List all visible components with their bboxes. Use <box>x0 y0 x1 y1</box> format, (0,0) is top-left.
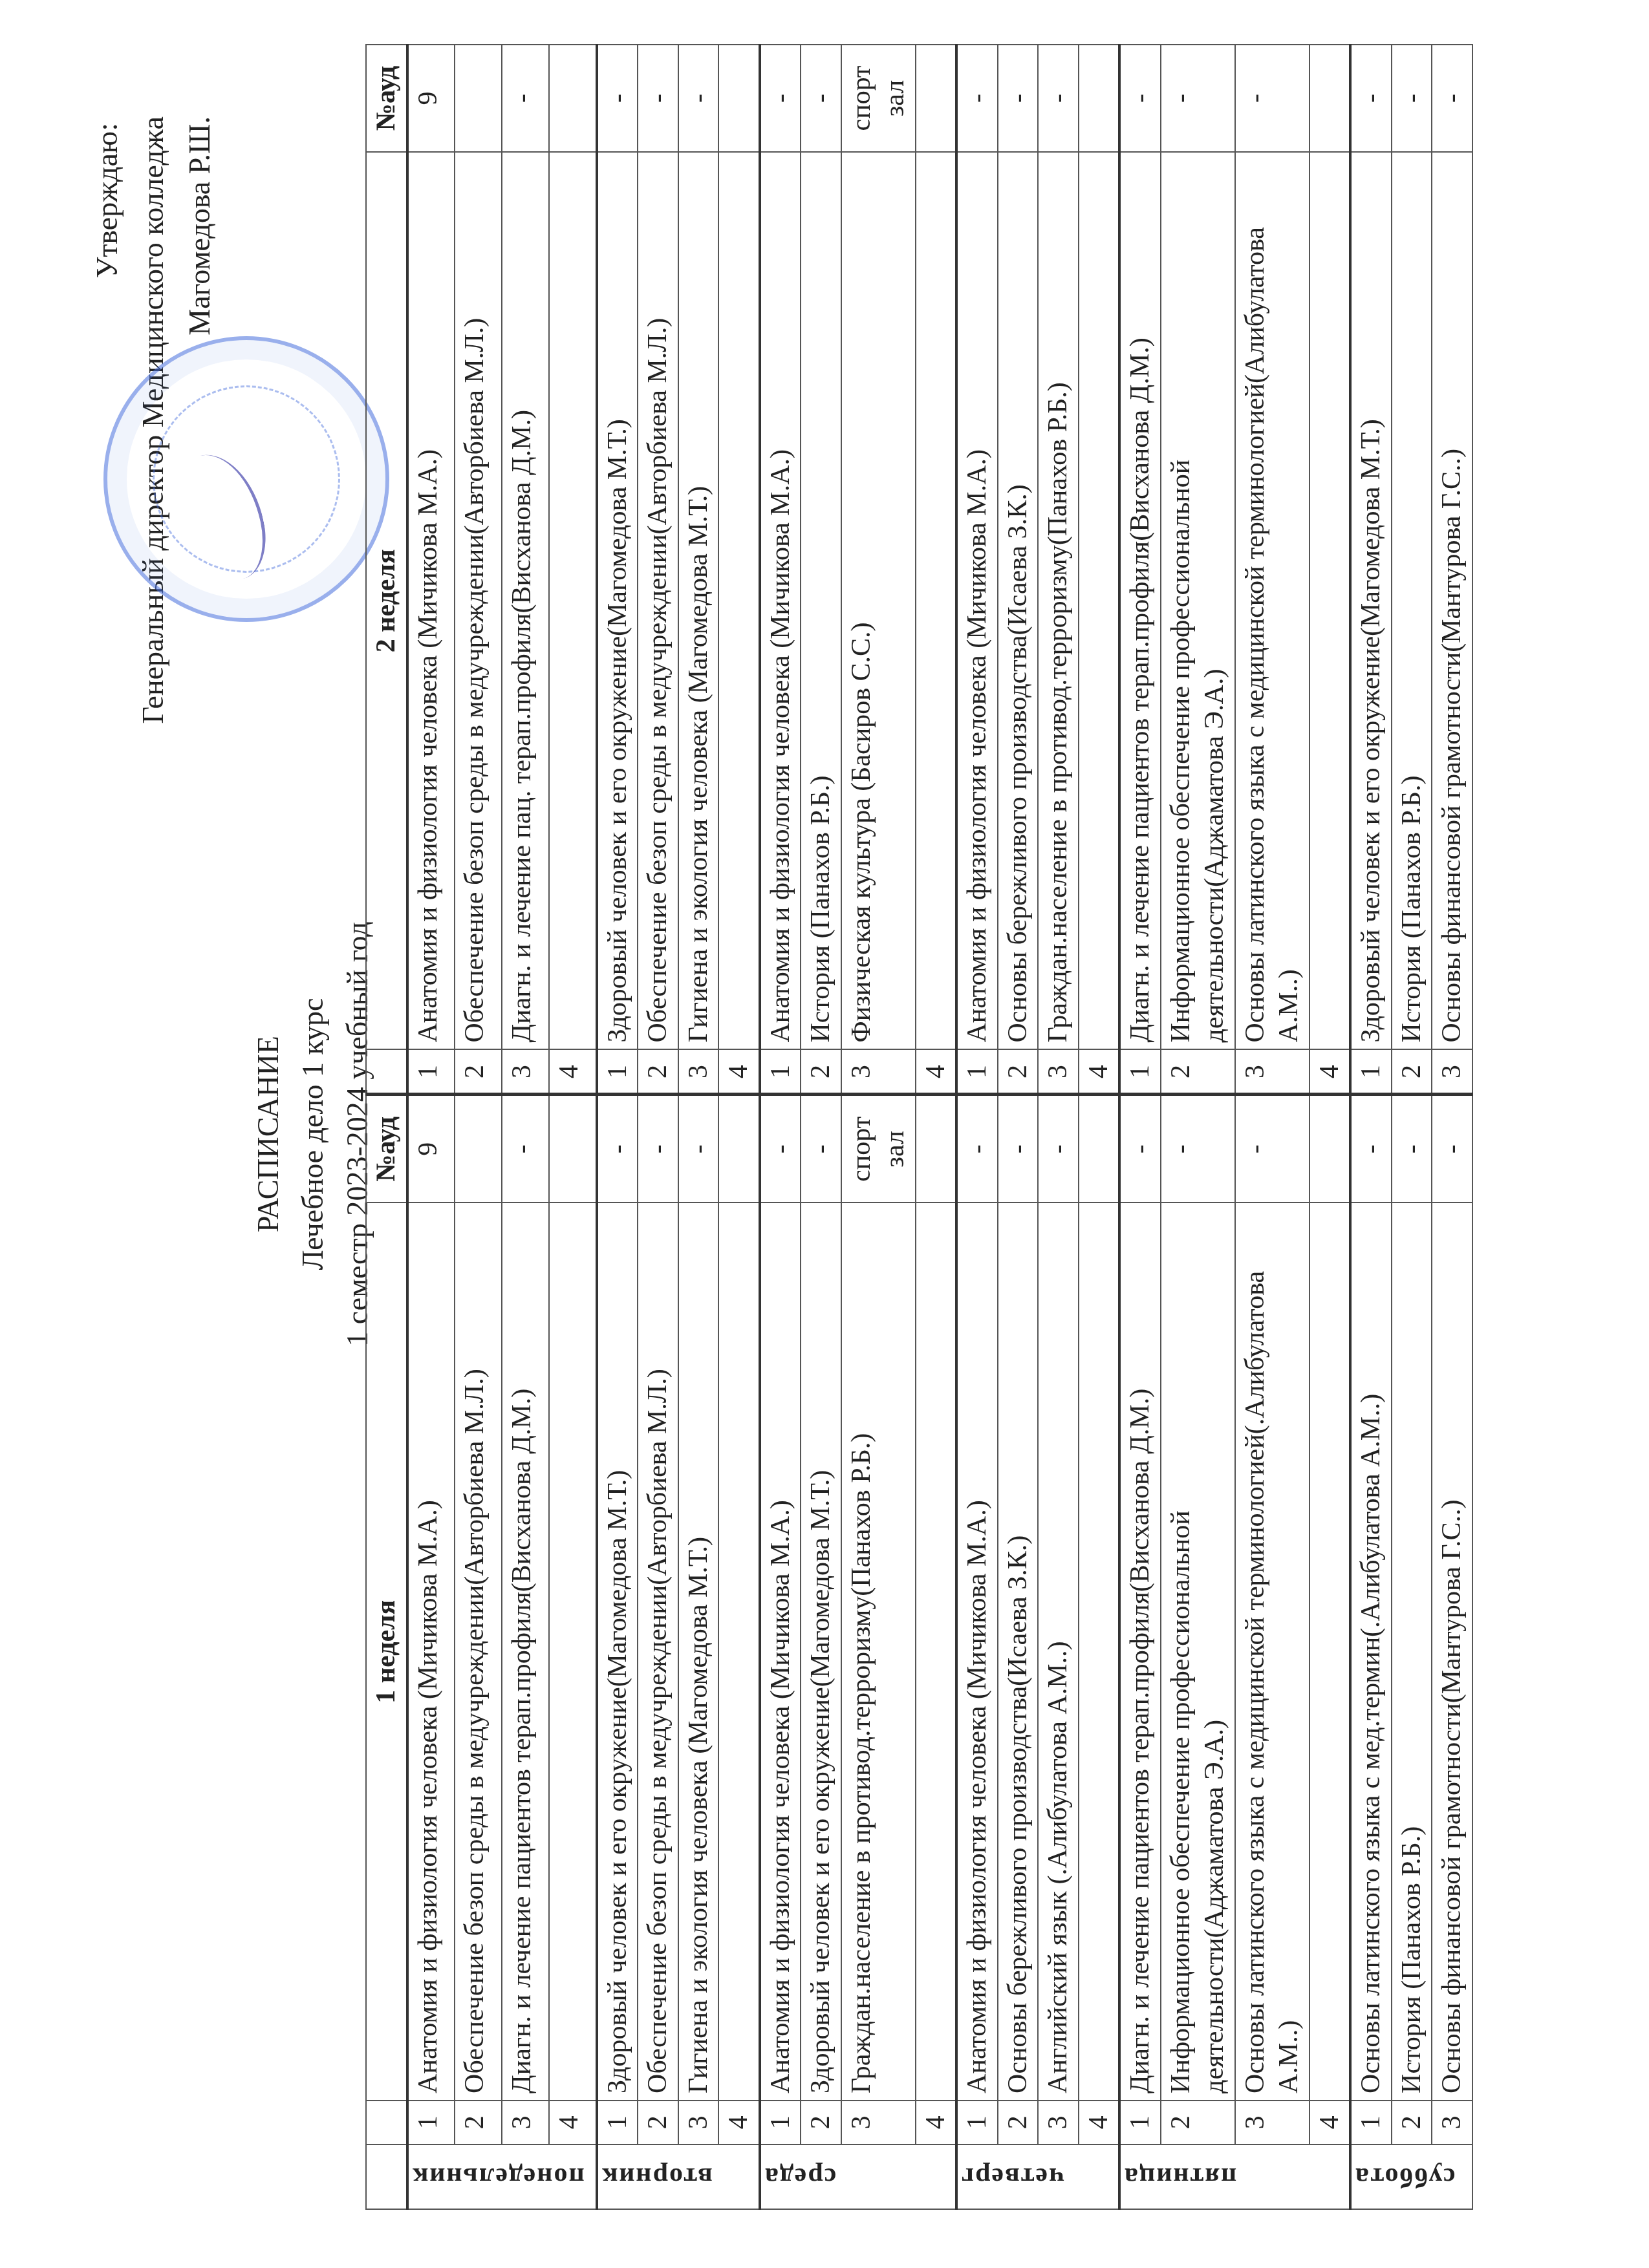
schedule-table: 1 неделя №ауд 2 неделя №ауд понедельник1… <box>365 44 1473 2210</box>
table-row: 2Здоровый человек и его окружение(Магоме… <box>801 45 841 2209</box>
table-row: 44 <box>1309 45 1351 2209</box>
lesson-number-week2: 3 <box>1235 1050 1309 1095</box>
week1-subject: Гигиена и экология человека (Магомедова … <box>678 1203 719 2101</box>
lesson-number: 1 <box>760 2101 801 2145</box>
week1-subject: Английский язык (.Алибулатова А.М..) <box>1038 1203 1079 2101</box>
document-title: РАСПИСАНИЕ <box>246 0 290 2268</box>
title-block: РАСПИСАНИЕ Лечебное дело 1 курс 1 семест… <box>246 0 380 2268</box>
table-row: 2История (Панахов Р.Б.)-2История (Панахо… <box>1392 45 1432 2209</box>
lesson-number-week2: 2 <box>638 1050 678 1095</box>
week1-room <box>549 1095 597 1203</box>
week2-subject: Основы бережливого производства(Исаева З… <box>998 152 1039 1050</box>
lesson-number: 1 <box>407 2101 455 2145</box>
table-row: четверг1Анатомия и физиология человека (… <box>956 45 998 2209</box>
week2-room <box>1309 45 1351 152</box>
week1-room: - <box>760 1095 801 1203</box>
lesson-number: 4 <box>1309 2101 1351 2145</box>
week1-subject: Здоровый человек и его окружение(Магомед… <box>597 1203 638 2101</box>
header-room1: №ауд <box>366 1095 407 1203</box>
week2-room <box>455 45 502 152</box>
table-row: 2Информационное обеспечение профессионал… <box>1161 45 1235 2209</box>
header-week1: 1 неделя <box>366 1203 407 2101</box>
week2-subject <box>718 152 760 1050</box>
week1-subject: Обеспечение безоп среды в медучреждении(… <box>638 1203 678 2101</box>
day-label: вторник <box>597 2145 760 2209</box>
week1-room: - <box>1350 1095 1392 1203</box>
lesson-number: 3 <box>1235 2101 1309 2145</box>
week2-subject: Основы финансовой грамотности(Мантурова … <box>1432 152 1472 1050</box>
lesson-number-week2: 3 <box>678 1050 719 1095</box>
week2-room: - <box>998 45 1039 152</box>
lesson-number: 4 <box>549 2101 597 2145</box>
week1-room: - <box>801 1095 841 1203</box>
lesson-number: 2 <box>801 2101 841 2145</box>
week2-subject <box>916 152 957 1050</box>
day-name: суббота <box>1354 2160 1456 2194</box>
week1-room <box>916 1095 957 1203</box>
lesson-number-week2: 1 <box>956 1050 998 1095</box>
week2-room: спорт зал <box>841 45 916 152</box>
lesson-number: 1 <box>1350 2101 1392 2145</box>
week1-room: - <box>597 1095 638 1203</box>
week2-room: - <box>801 45 841 152</box>
week1-subject: Анатомия и физиология человека (Мичикова… <box>760 1203 801 2101</box>
week2-subject: История (Панахов Р.Б.) <box>801 152 841 1050</box>
lesson-number-week2: 2 <box>455 1050 502 1095</box>
week2-subject: Диагн. и лечение пациентов терап.профиля… <box>1119 152 1161 1050</box>
lesson-number-week2: 3 <box>841 1050 916 1095</box>
week2-room: - <box>956 45 998 152</box>
schedule-sheet: Утверждаю: Генеральный директор Медицинс… <box>0 0 1649 2268</box>
day-name: вторник <box>601 2160 713 2194</box>
week2-subject: Здоровый человек и его окружение(Магомед… <box>1350 152 1392 1050</box>
day-label: суббота <box>1350 2145 1472 2209</box>
week1-room <box>455 1095 502 1203</box>
lesson-number-week2: 3 <box>1038 1050 1079 1095</box>
lesson-number: 2 <box>455 2101 502 2145</box>
lesson-number: 4 <box>916 2101 957 2145</box>
header-room2: №ауд <box>366 45 407 152</box>
day-label: четверг <box>956 2145 1119 2209</box>
week1-subject: Основы латинского языка с мед.термин(.Ал… <box>1350 1203 1392 2101</box>
week2-subject: Обеспечение безоп среды в медучреждении(… <box>638 152 678 1050</box>
week2-subject: Информационное обеспечение профессиональ… <box>1161 152 1235 1050</box>
table-row: среда1Анатомия и физиология человека (Ми… <box>760 45 801 2209</box>
week1-room: - <box>1038 1095 1079 1203</box>
lesson-number-week2: 4 <box>916 1050 957 1095</box>
week2-subject: Граждан.население в противод.терроризму(… <box>1038 152 1079 1050</box>
week1-subject: Обеспечение безоп среды в медучреждении(… <box>455 1203 502 2101</box>
table-row: 44 <box>718 45 760 2209</box>
week1-subject: Диагн. и лечение пациентов терап.профиля… <box>502 1203 549 2101</box>
week1-room: - <box>998 1095 1039 1203</box>
week2-room: - <box>1432 45 1472 152</box>
lesson-number-week2: 4 <box>549 1050 597 1095</box>
table-row: вторник1Здоровый человек и его окружение… <box>597 45 638 2209</box>
week1-subject: Граждан.население в противод.терроризму(… <box>841 1203 916 2101</box>
lesson-number-week2: 3 <box>1432 1050 1472 1095</box>
week2-subject: Обеспечение безоп среды в медучреждении(… <box>455 152 502 1050</box>
week1-room: - <box>1119 1095 1161 1203</box>
day-label: пятница <box>1119 2145 1350 2209</box>
week1-room <box>1309 1095 1351 1203</box>
lesson-number-week2: 2 <box>998 1050 1039 1095</box>
day-name: пятница <box>1123 2160 1236 2194</box>
day-name: четверг <box>960 2160 1064 2194</box>
week2-room: - <box>597 45 638 152</box>
lesson-number-week2: 1 <box>1119 1050 1161 1095</box>
week2-room: - <box>1392 45 1432 152</box>
week2-room: - <box>502 45 549 152</box>
lesson-number: 2 <box>638 2101 678 2145</box>
lesson-number-week2: 4 <box>1309 1050 1351 1095</box>
week2-room: - <box>1161 45 1235 152</box>
week1-room: - <box>638 1095 678 1203</box>
program-title: Лечебное дело 1 курс <box>290 0 335 2268</box>
lesson-number: 1 <box>597 2101 638 2145</box>
week2-subject: Основы латинского языка с медицинской те… <box>1235 152 1309 1050</box>
week1-subject: Информационное обеспечение профессиональ… <box>1161 1203 1235 2101</box>
week2-room: - <box>1038 45 1079 152</box>
table-row: 44 <box>916 45 957 2209</box>
week2-subject: Физическая культура (Басиров С.С.) <box>841 152 916 1050</box>
week2-room: - <box>638 45 678 152</box>
lesson-number-week2: 4 <box>718 1050 760 1095</box>
lesson-number-week2: 1 <box>760 1050 801 1095</box>
table-row: 3Диагн. и лечение пациентов терап.профил… <box>502 45 549 2209</box>
day-label: среда <box>760 2145 957 2209</box>
lesson-number: 4 <box>718 2101 760 2145</box>
week1-subject: История (Панахов Р.Б.) <box>1392 1203 1432 2101</box>
week1-subject: Диагн. и лечение пациентов терап.профиля… <box>1119 1203 1161 2101</box>
lesson-number: 4 <box>1079 2101 1120 2145</box>
header-day <box>366 2145 407 2209</box>
header-num2 <box>366 1050 407 1095</box>
header-week2: 2 неделя <box>366 152 407 1050</box>
week1-subject <box>1309 1203 1351 2101</box>
lesson-number: 2 <box>998 2101 1039 2145</box>
week2-subject: Диагн. и лечение пац. терап.профиля(Висх… <box>502 152 549 1050</box>
lesson-number: 3 <box>841 2101 916 2145</box>
week2-subject: История (Панахов Р.Б.) <box>1392 152 1432 1050</box>
week1-room: - <box>956 1095 998 1203</box>
table-row: 2Основы бережливого производства(Исаева … <box>998 45 1039 2209</box>
table-row: понедельник1Анатомия и физиология челове… <box>407 45 455 2209</box>
day-name: среда <box>764 2160 836 2194</box>
lesson-number-week2: 2 <box>1392 1050 1432 1095</box>
day-name: понедельник <box>411 2160 585 2194</box>
week2-room: - <box>1350 45 1392 152</box>
week1-subject <box>718 1203 760 2101</box>
table-row: 44 <box>1079 45 1120 2209</box>
week2-subject <box>1309 152 1351 1050</box>
week1-room: - <box>1235 1095 1309 1203</box>
week1-room: - <box>678 1095 719 1203</box>
week2-room: - <box>1235 45 1309 152</box>
lesson-number-week2: 1 <box>597 1050 638 1095</box>
lesson-number: 2 <box>1161 2101 1235 2145</box>
week1-subject: Основы финансовой грамотности(Мантурова … <box>1432 1203 1472 2101</box>
header-num <box>366 2101 407 2145</box>
lesson-number: 3 <box>678 2101 719 2145</box>
week1-room: - <box>1432 1095 1472 1203</box>
week1-subject <box>549 1203 597 2101</box>
table-row: 3Основы финансовой грамотности(Мантурова… <box>1432 45 1472 2209</box>
lesson-number-week2: 1 <box>1350 1050 1392 1095</box>
table-row: 2Обеспечение безоп среды в медучреждении… <box>455 45 502 2209</box>
week2-room: - <box>760 45 801 152</box>
week2-subject: Анатомия и физиология человека (Мичикова… <box>956 152 998 1050</box>
table-row: 44 <box>549 45 597 2209</box>
week1-subject <box>916 1203 957 2101</box>
lesson-number-week2: 4 <box>1079 1050 1120 1095</box>
week1-subject: Анатомия и физиология человека (Мичикова… <box>956 1203 998 2101</box>
week1-room: - <box>1161 1095 1235 1203</box>
week1-room: 9 <box>407 1095 455 1203</box>
week2-room: - <box>678 45 719 152</box>
lesson-number: 3 <box>1038 2101 1079 2145</box>
week2-subject: Анатомия и физиология человека (Мичикова… <box>407 152 455 1050</box>
table-row: 3Английский язык (.Алибулатова А.М..)-3Г… <box>1038 45 1079 2209</box>
lesson-number: 3 <box>1432 2101 1472 2145</box>
table-row: суббота1Основы латинского языка с мед.те… <box>1350 45 1392 2209</box>
lesson-number: 1 <box>1119 2101 1161 2145</box>
lesson-number-week2: 2 <box>801 1050 841 1095</box>
lesson-number-week2: 2 <box>1161 1050 1235 1095</box>
week2-room <box>916 45 957 152</box>
week1-subject: Здоровый человек и его окружение(Магомед… <box>801 1203 841 2101</box>
lesson-number: 3 <box>502 2101 549 2145</box>
week1-subject: Основы бережливого производства(Исаева З… <box>998 1203 1039 2101</box>
week1-subject: Анатомия и физиология человека (Мичикова… <box>407 1203 455 2101</box>
week1-room: - <box>502 1095 549 1203</box>
week2-room: 9 <box>407 45 455 152</box>
day-label: понедельник <box>407 2145 597 2209</box>
lesson-number: 1 <box>956 2101 998 2145</box>
table-row: пятница1Диагн. и лечение пациентов терап… <box>1119 45 1161 2209</box>
week2-room: - <box>1119 45 1161 152</box>
week1-room: спорт зал <box>841 1095 916 1203</box>
week2-room <box>549 45 597 152</box>
week2-subject: Здоровый человек и его окружение(Магомед… <box>597 152 638 1050</box>
week1-room: - <box>1392 1095 1432 1203</box>
lesson-number-week2: 1 <box>407 1050 455 1095</box>
week2-room <box>718 45 760 152</box>
week1-room <box>718 1095 760 1203</box>
table-row: 2Обеспечение безоп среды в медучреждении… <box>638 45 678 2209</box>
table-row: 3Гигиена и экология человека (Магомедова… <box>678 45 719 2209</box>
week2-subject: Анатомия и физиология человека (Мичикова… <box>760 152 801 1050</box>
week2-subject <box>1079 152 1120 1050</box>
table-row: 3Основы латинского языка с медицинской т… <box>1235 45 1309 2209</box>
week1-subject <box>1079 1203 1120 2101</box>
week2-subject: Гигиена и экология человека (Магомедова … <box>678 152 719 1050</box>
week1-room <box>1079 1095 1120 1203</box>
week2-room <box>1079 45 1120 152</box>
week1-subject: Основы латинского языка с медицинской те… <box>1235 1203 1309 2101</box>
lesson-number: 2 <box>1392 2101 1432 2145</box>
table-row: 3Граждан.население в противод.терроризму… <box>841 45 916 2209</box>
week2-subject <box>549 152 597 1050</box>
table-header-row: 1 неделя №ауд 2 неделя №ауд <box>366 45 407 2209</box>
lesson-number-week2: 3 <box>502 1050 549 1095</box>
